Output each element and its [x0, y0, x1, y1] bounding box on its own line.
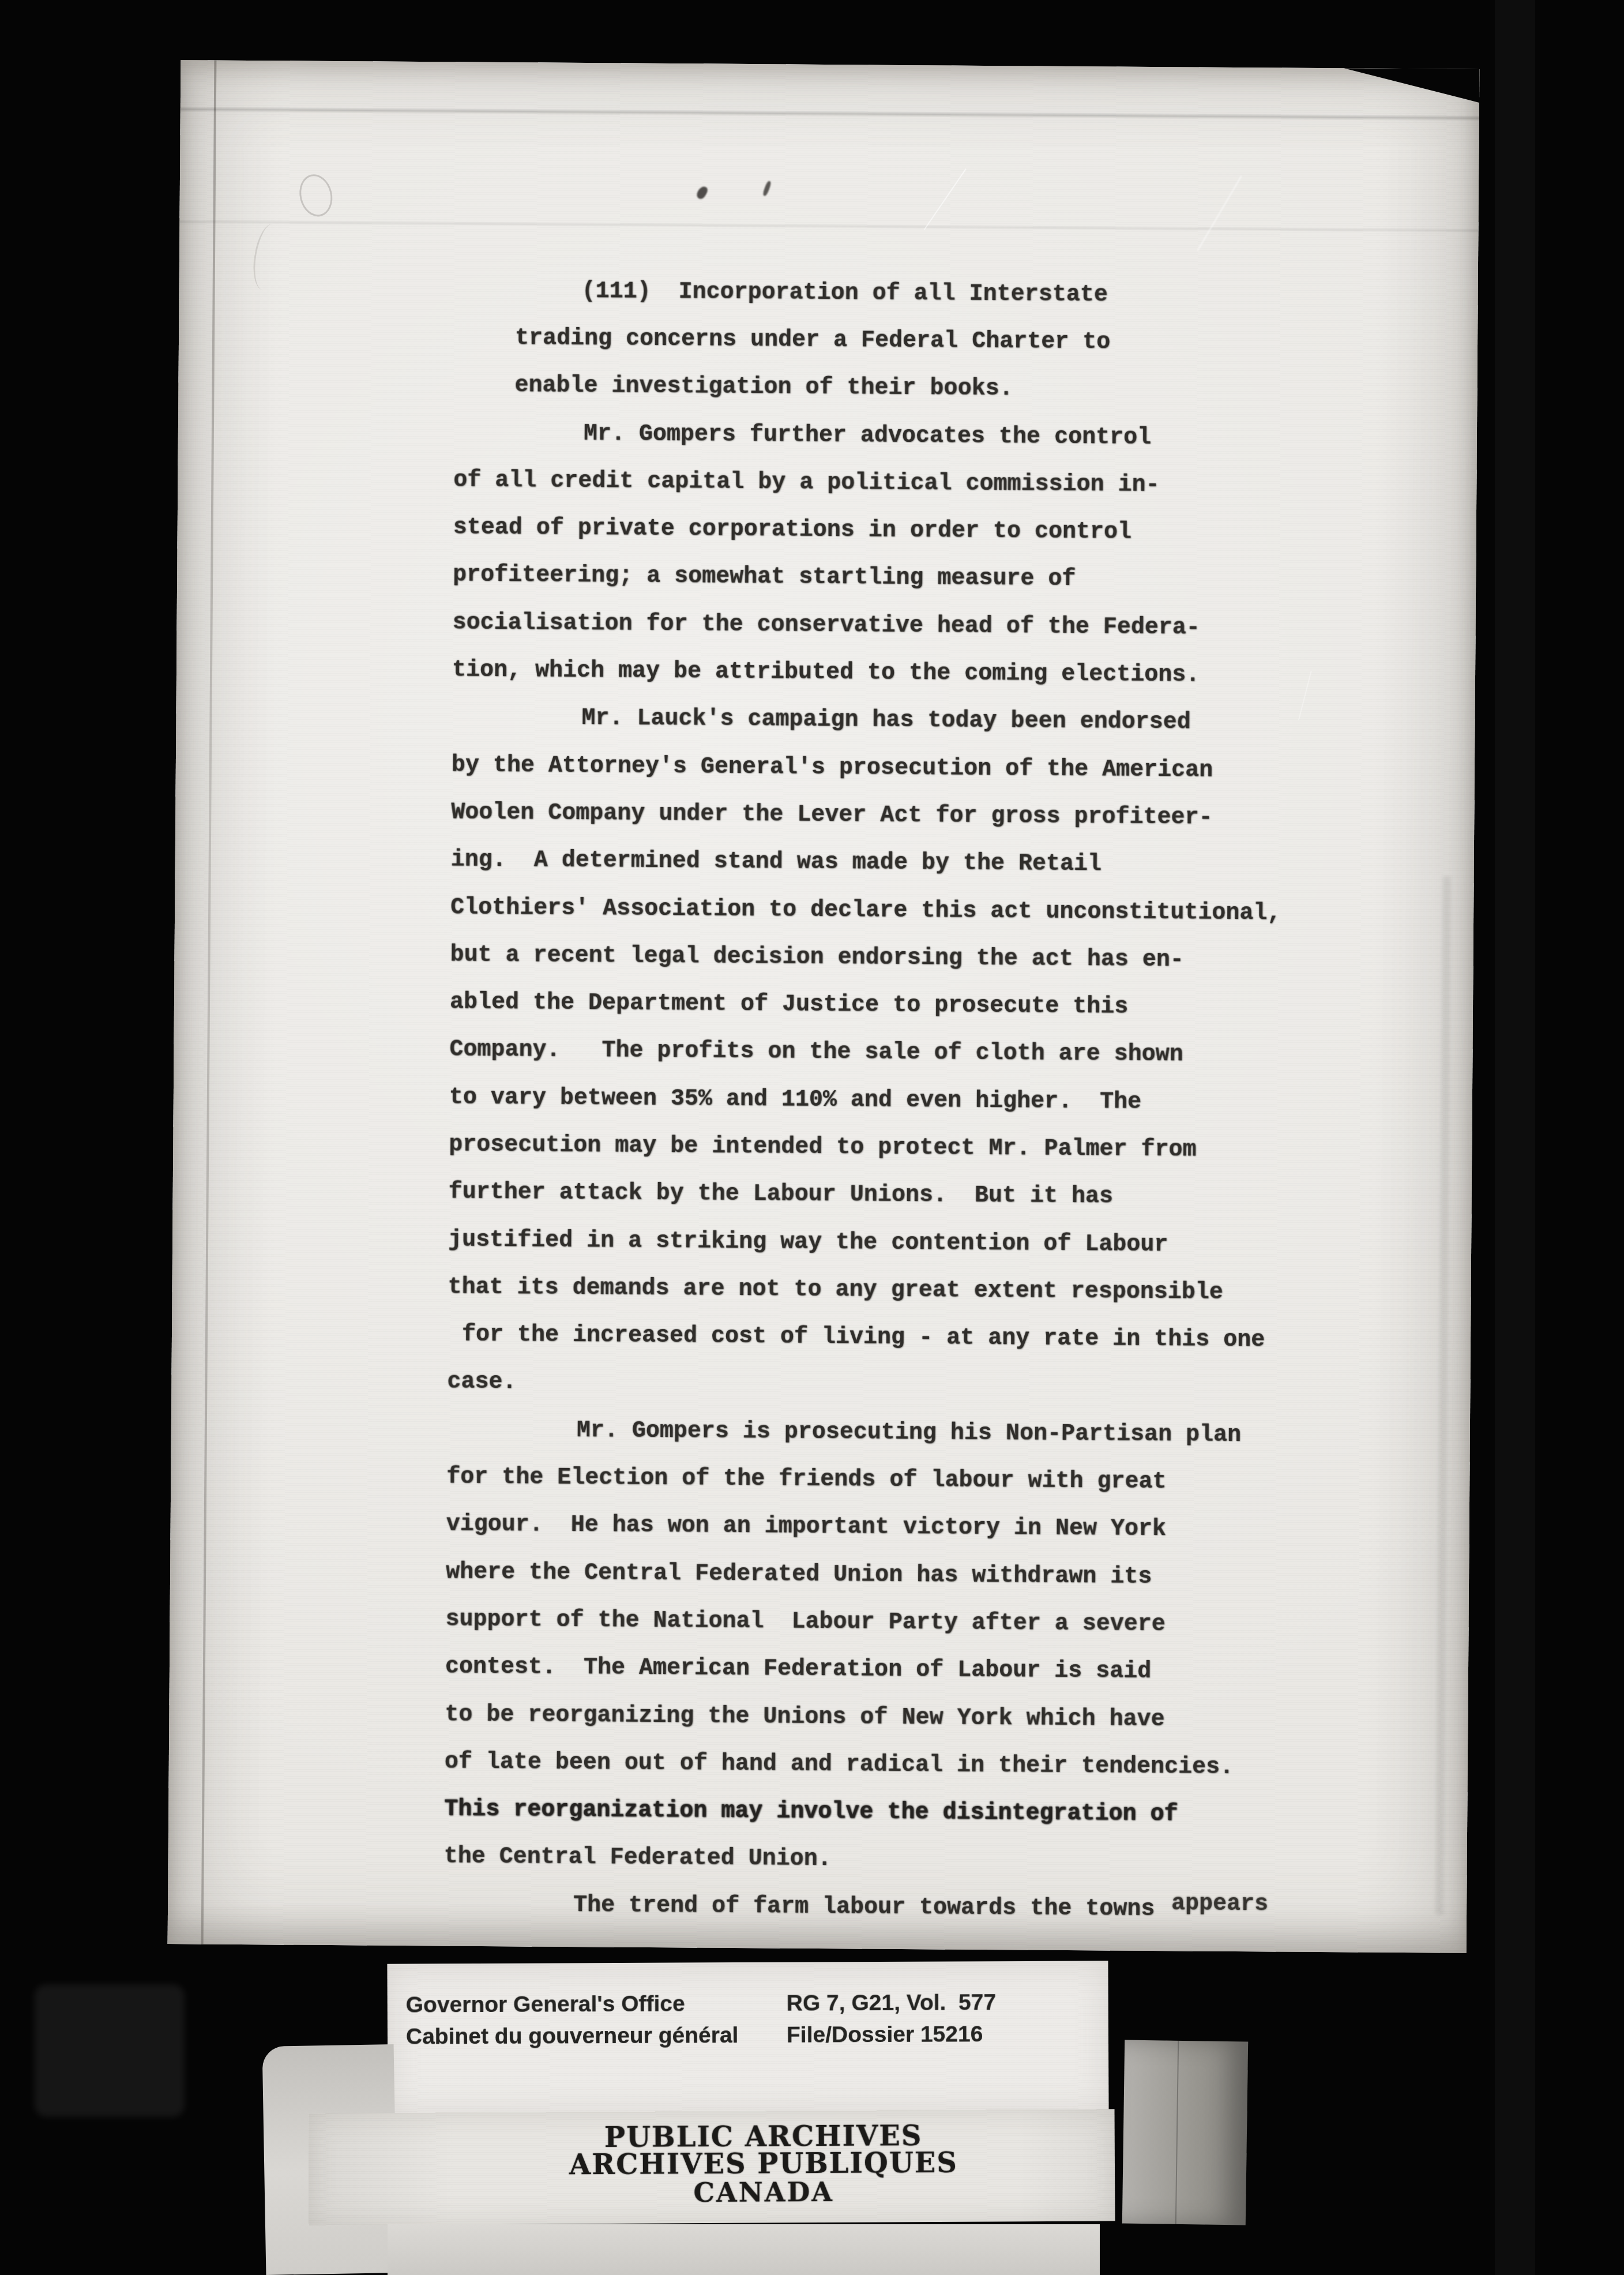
stamp-line-canada: CANADA [360, 2176, 1167, 2209]
text-line: that its demands are not to any great ex… [448, 1264, 1348, 1317]
text-line: enable investigation of their books. [454, 362, 1354, 415]
text-line: This reorganization may involve the disi… [444, 1786, 1344, 1839]
text-line: further attack by the Labour Unions. But… [448, 1169, 1348, 1222]
pencil-ring-mark [295, 171, 337, 220]
text-line: socialisation for the conservative head … [452, 599, 1352, 653]
text-line: by the Attorney's General's prosecution … [452, 741, 1352, 795]
ink-smudge [762, 181, 772, 197]
text-line: profiteering; a somewhat startling measu… [453, 551, 1353, 605]
archives-stamp-banner: PUBLIC ARCHIVES ARCHIVES PUBLIQUES CANAD… [309, 2109, 1115, 2225]
text-line: of late been out of hand and radical in … [445, 1739, 1345, 1792]
catchword: appears [1171, 1891, 1268, 1917]
text-line: for the Election of the friends of labou… [446, 1454, 1347, 1507]
text-line: of all credit capital by a political com… [453, 457, 1354, 510]
text-line: tion, which may be attributed to the com… [452, 647, 1352, 700]
text-line: where the Central Federated Union has wi… [446, 1548, 1346, 1602]
microfilm-frame: (111) Incorporation of all Interstatetra… [0, 0, 1624, 2275]
document-page: (111) Incorporation of all Interstatetra… [168, 60, 1480, 1953]
paper-edge-line [201, 61, 217, 1944]
text-line: vigour. He has won an important victory … [446, 1501, 1346, 1555]
paper-crease [179, 219, 1478, 233]
label-reference-column: RG 7, G21, Vol. 577 File/Dossier 15216 [787, 1987, 997, 2051]
paper-tab-seam [1175, 2041, 1179, 2224]
film-glare-patch [35, 1984, 185, 2117]
text-line: Mr. Lauck's campaign has today been endo… [452, 694, 1352, 748]
text-line: case. [447, 1358, 1347, 1412]
text-line: prosecution may be intended to protect M… [449, 1121, 1349, 1175]
paper-edge-shadow [1435, 876, 1451, 1914]
film-scratch [1197, 176, 1242, 251]
text-line: to be reorganizing the Unions of New Yor… [445, 1691, 1345, 1744]
typewritten-lines: (111) Incorporation of all Interstatetra… [443, 267, 1355, 1935]
stamp-line-archives-publiques: ARCHIVES PUBLIQUES [360, 2149, 1167, 2180]
text-line: Clothiers' Association to declare this a… [450, 884, 1351, 937]
text-line: Mr. Gompers is prosecuting his Non-Parti… [447, 1406, 1347, 1460]
text-line: abled the Department of Justice to prose… [450, 979, 1350, 1033]
text-line: stead of private corporations in order t… [453, 504, 1353, 558]
text-line: support of the National Labour Party aft… [445, 1596, 1345, 1650]
text-line: Woolen Company under the Lever Act for g… [451, 789, 1351, 843]
text-line: ing. A determined stand was made by the … [450, 836, 1351, 890]
paper-crease [181, 106, 1479, 121]
label-office-fr: Cabinet du gouverneur général [406, 2019, 739, 2053]
ink-smudge [695, 185, 709, 200]
archive-label-card: Governor General's Office Cabinet du gou… [387, 1961, 1108, 2118]
text-line: Company. The profits on the sale of clot… [449, 1026, 1349, 1080]
text-line: contest. The American Federation of Labo… [445, 1643, 1345, 1697]
text-line: to vary between 35% and 110% and even hi… [449, 1074, 1349, 1128]
film-scratch [924, 168, 967, 230]
film-edge-band [1495, 0, 1535, 2275]
text-line: the Central Federated Union. [443, 1833, 1344, 1887]
label-office-column: Governor General's Office Cabinet du gou… [406, 1988, 739, 2053]
text-line: justified in a striking way the contenti… [448, 1216, 1348, 1270]
text-line: (111) Incorporation of all Interstate [454, 267, 1355, 321]
label-reference: RG 7, G21, Vol. 577 [787, 1987, 997, 2019]
text-line: Mr. Gompers further advocates the contro… [454, 409, 1354, 463]
archives-stamp-text: PUBLIC ARCHIVES ARCHIVES PUBLIQUES CANAD… [360, 2122, 1167, 2209]
page-corner-clip [1344, 68, 1479, 103]
text-line: trading concerns under a Federal Charter… [454, 314, 1355, 368]
paper-strip-bottom [388, 2224, 1100, 2275]
text-line: but a recent legal decision endorsing th… [450, 932, 1350, 985]
label-office-en: Governor General's Office [406, 1988, 739, 2021]
text-line: for the increased cost of living - at an… [448, 1311, 1348, 1365]
label-file-number: File/Dossier 15216 [787, 2018, 997, 2051]
pencil-arc-mark [249, 222, 287, 292]
